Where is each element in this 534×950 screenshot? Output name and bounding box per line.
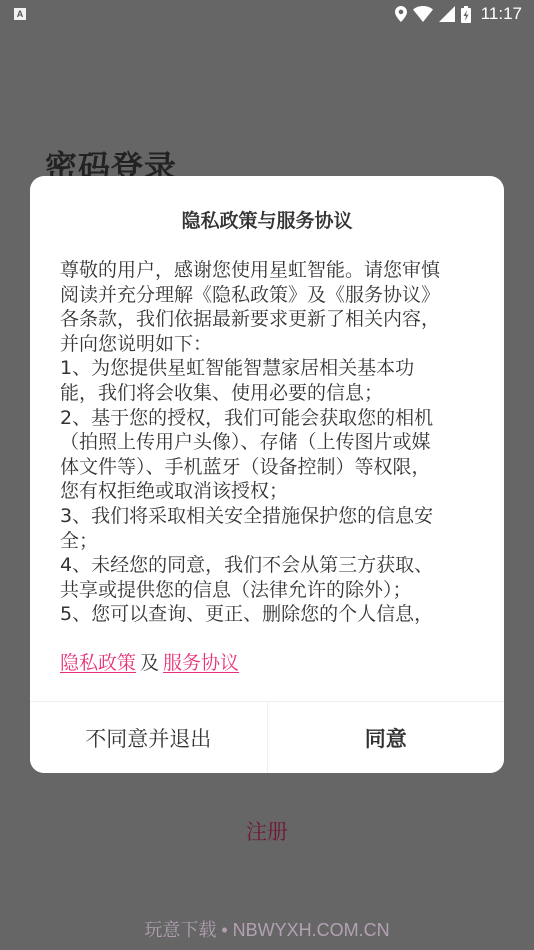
body-line: 2、基于您的授权，我们可能会获取您的相机 — [60, 406, 482, 431]
body-line: 4、未经您的同意，我们不会从第三方获取、 — [60, 553, 482, 578]
privacy-policy-link[interactable]: 隐私政策 — [60, 652, 136, 674]
service-agreement-link[interactable]: 服务协议 — [163, 652, 239, 674]
body-line: 全； — [60, 529, 482, 554]
decline-exit-button[interactable]: 不同意并退出 — [30, 702, 267, 773]
wifi-icon — [413, 6, 433, 22]
body-line: 3、我们将采取相关安全措施保护您的信息安 — [60, 504, 482, 529]
privacy-dialog: 隐私政策与服务协议 尊敬的用户，感谢您使用星虹智能。请您审慎 阅读并充分理解《隐… — [30, 176, 504, 773]
links-separator: 及 — [140, 652, 159, 674]
status-bar: A 11:17 — [0, 0, 534, 28]
status-time: 11:17 — [481, 4, 522, 24]
register-link[interactable]: 注册 — [0, 816, 534, 846]
body-line: （拍照上传用户头像）、存储（上传图片或媒 — [60, 430, 482, 455]
body-line: 阅读并充分理解《隐私政策》及《服务协议》 — [60, 283, 482, 308]
body-line: 尊敬的用户，感谢您使用星虹智能。请您审慎 — [60, 258, 482, 283]
signal-icon — [439, 6, 455, 22]
body-line: 您有权拒绝或取消该授权； — [60, 479, 482, 504]
app-notification-icon: A — [14, 8, 26, 20]
policy-links: 隐私政策及服务协议 — [60, 648, 239, 675]
body-line: 并向您说明如下： — [60, 332, 482, 357]
body-line: 各条款，我们依据最新要求更新了相关内容， — [60, 307, 482, 332]
agree-button[interactable]: 同意 — [267, 702, 505, 773]
body-line: 5、您可以查询、更正、删除您的个人信息， — [60, 602, 482, 627]
battery-charging-icon — [461, 6, 471, 23]
body-line: 1、为您提供星虹智能智慧家居相关基本功 — [60, 356, 482, 381]
dialog-actions: 不同意并退出 同意 — [30, 701, 504, 773]
body-line: 体文件等）、手机蓝牙（设备控制）等权限， — [60, 455, 482, 480]
watermark: 玩意下载 • NBWYXH.COM.CN — [0, 916, 534, 942]
dialog-body: 尊敬的用户，感谢您使用星虹智能。请您审慎 阅读并充分理解《隐私政策》及《服务协议… — [60, 258, 482, 627]
body-line: 共享或提供您的信息（法律允许的除外）； — [60, 578, 482, 603]
dialog-title: 隐私政策与服务协议 — [30, 206, 504, 233]
body-line: 能，我们将会收集、使用必要的信息； — [60, 381, 482, 406]
location-icon — [395, 6, 407, 22]
